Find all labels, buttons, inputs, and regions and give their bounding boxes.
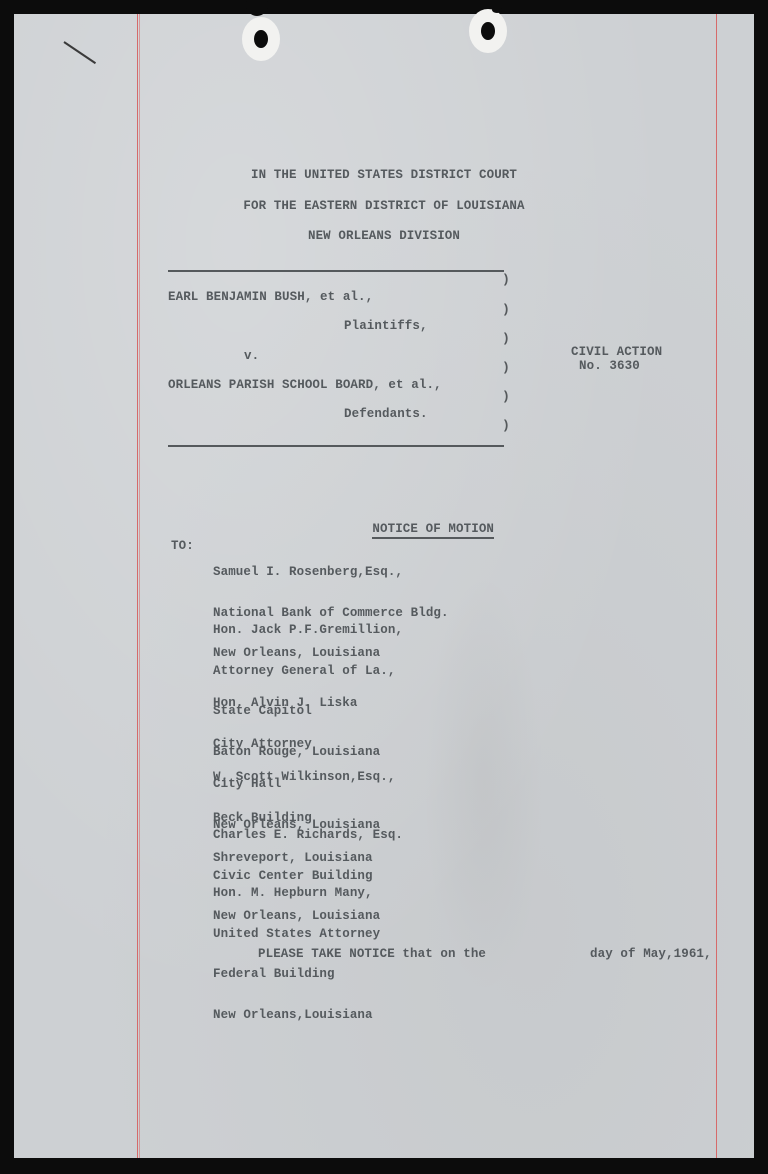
punch-hole [242, 17, 280, 61]
document-page: IN THE UNITED STATES DISTRICT COURT FOR … [14, 14, 754, 1158]
defendant-name: ORLEANS PARISH SCHOOL BOARD, et al., [168, 378, 442, 392]
plaintiff-role: Plaintiffs, [344, 319, 428, 333]
pen-mark [63, 41, 96, 64]
versus-label: v. [244, 349, 259, 363]
caption-brace: ) [502, 302, 510, 317]
court-header-line-3: NEW ORLEANS DIVISION [14, 229, 754, 243]
caption-brace: ) [502, 389, 510, 404]
punch-hole-tear [492, 7, 502, 13]
notice-title: NOTICE OF MOTION [372, 522, 494, 539]
civil-action-label: CIVIL ACTION [571, 345, 662, 359]
to-label: TO: [171, 539, 194, 553]
left-margin-rule [137, 14, 138, 1158]
caption-brace: ) [502, 418, 510, 433]
case-number: No. 3630 [579, 359, 640, 373]
caption-top-rule [168, 270, 504, 272]
caption-brace: ) [502, 360, 510, 375]
caption-brace: ) [502, 331, 510, 346]
court-header-line-2: FOR THE EASTERN DISTRICT OF LOUISIANA [14, 199, 754, 213]
notice-body-date: day of May,1961, [590, 947, 712, 961]
defendant-role: Defendants. [344, 407, 428, 421]
plaintiff-name: EARL BENJAMIN BUSH, et al., [168, 290, 373, 304]
caption-brace: ) [502, 272, 510, 287]
punch-hole [469, 9, 507, 53]
caption-bottom-rule [168, 445, 504, 447]
notice-body-start: PLEASE TAKE NOTICE that on the [258, 947, 486, 961]
court-header-line-1: IN THE UNITED STATES DISTRICT COURT [14, 168, 754, 182]
right-margin-rule [716, 14, 717, 1158]
